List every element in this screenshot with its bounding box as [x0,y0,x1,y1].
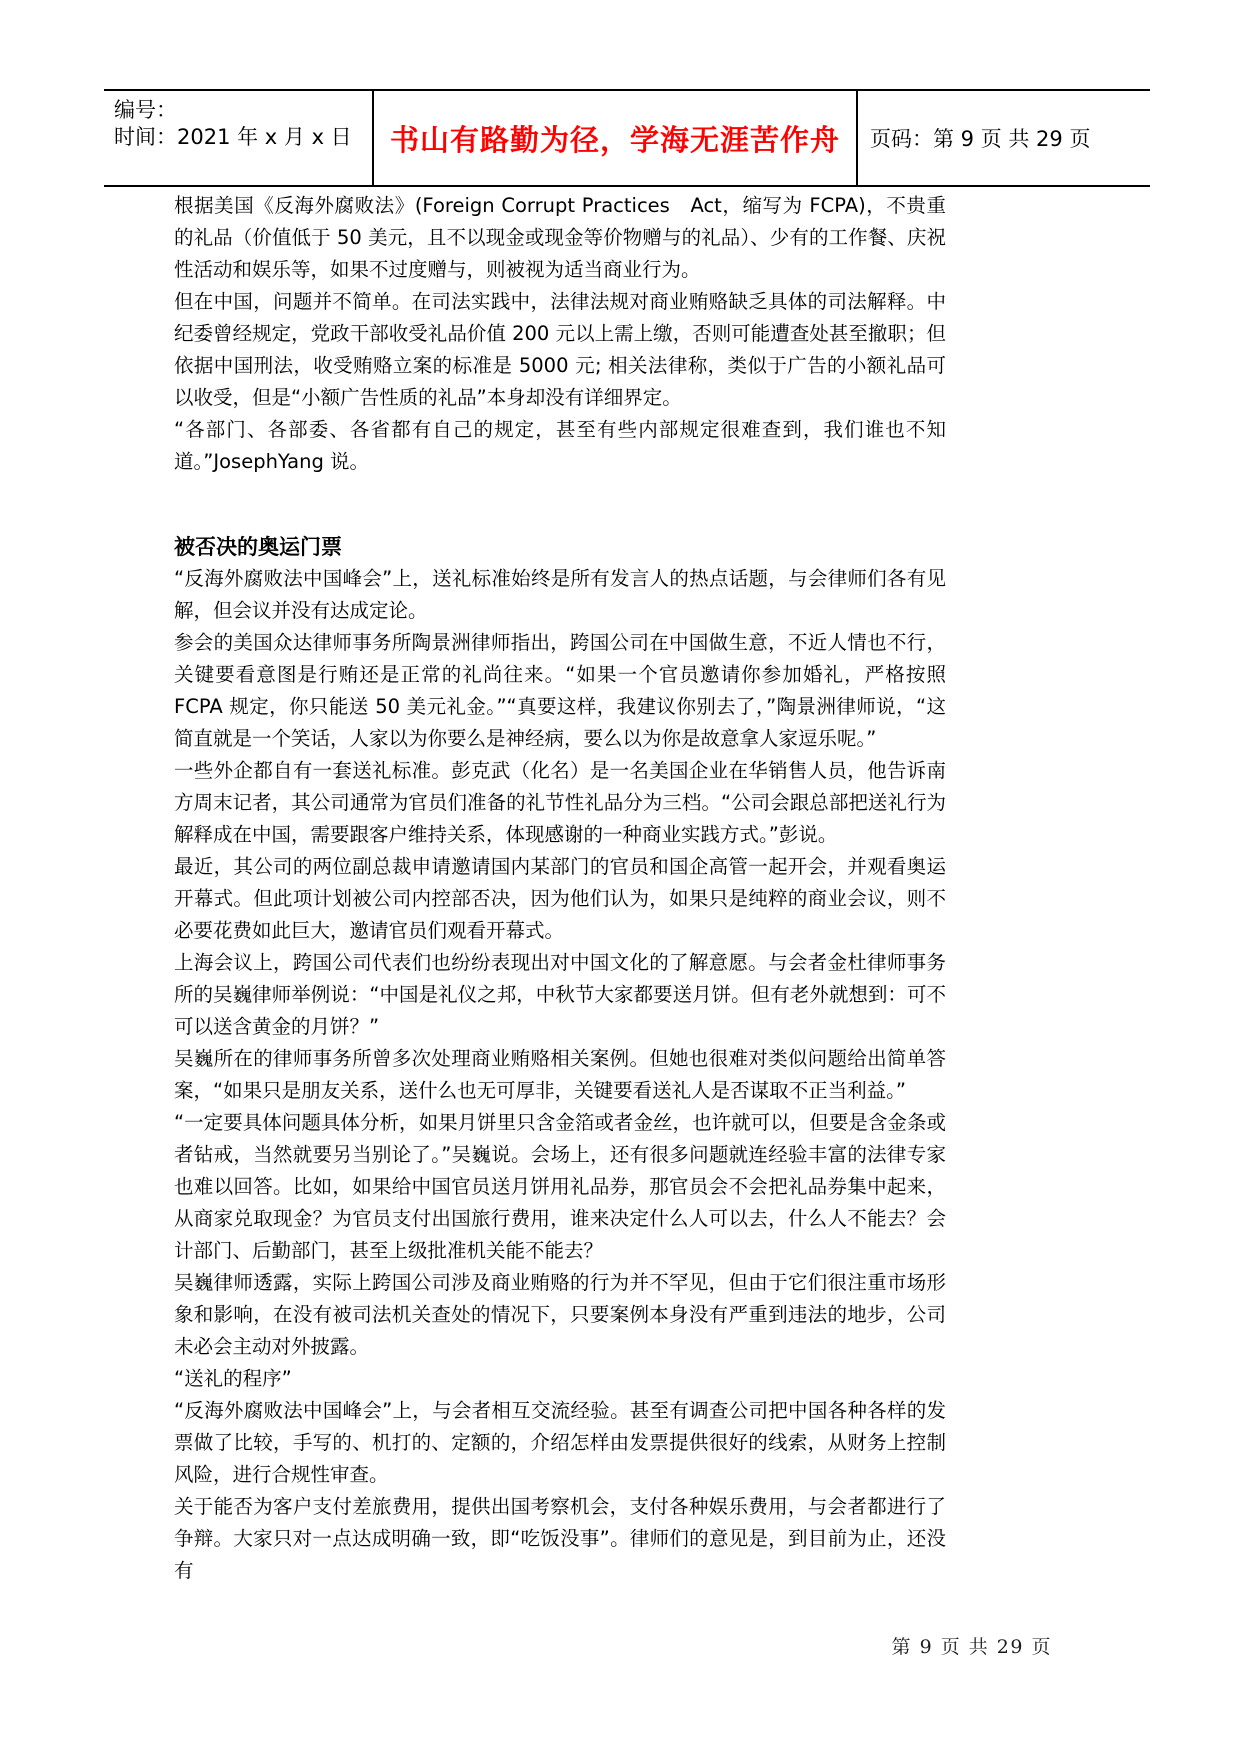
header-cell-motto: 书山有路勤为径，学海无涯苦作舟 [372,91,856,185]
document-body: 根据美国《反海外腐败法》(Foreign Corrupt Practices A… [174,190,946,1587]
header-cell-page-number: 页码：第 9 页 共 29 页 [856,91,1150,185]
section-heading: 被否决的奥运门票 [174,531,946,563]
body-paragraph: 但在中国，问题并不简单。在司法实践中，法律法规对商业贿赂缺乏具体的司法解释。中纪… [174,286,946,414]
page-number-label: 页码：第 9 页 共 29 页 [870,123,1090,153]
body-paragraph: “一定要具体问题具体分析，如果月饼里只含金箔或者金丝，也许就可以，但要是含金条或… [174,1107,946,1267]
body-paragraph: 最近，其公司的两位副总裁申请邀请国内某部门的官员和国企高管一起开会，并观看奥运开… [174,851,946,947]
page-footer: 第 9 页 共 29 页 [174,1632,1052,1659]
doc-number-label: 编号： [114,97,372,124]
header-table: 编号： 时间：2021 年 x 月 x 日 书山有路勤为径，学海无涯苦作舟 页码… [104,89,1150,187]
body-paragraph: “送礼的程序” [174,1363,946,1395]
doc-time-label: 时间：2021 年 x 月 x 日 [114,124,372,151]
motto-text: 书山有路勤为径，学海无涯苦作舟 [390,118,840,159]
body-paragraph: “反海外腐败法中国峰会”上，送礼标准始终是所有发言人的热点话题，与会律师们各有见… [174,563,946,627]
body-paragraph: 吴巍所在的律师事务所曾多次处理商业贿赂相关案例。但她也很难对类似问题给出简单答案… [174,1043,946,1107]
body-paragraph: 上海会议上，跨国公司代表们也纷纷表现出对中国文化的了解意愿。与会者金杜律师事务所… [174,947,946,1043]
body-paragraph: “反海外腐败法中国峰会”上，与会者相互交流经验。甚至有调查公司把中国各种各样的发… [174,1395,946,1491]
document-page: 编号： 时间：2021 年 x 月 x 日 书山有路勤为径，学海无涯苦作舟 页码… [0,0,1241,1754]
body-paragraph: 关于能否为客户支付差旅费用，提供出国考察机会，支付各种娱乐费用，与会者都进行了争… [174,1491,946,1587]
body-paragraph: 一些外企都自有一套送礼标准。彭克武（化名）是一名美国企业在华销售人员，他告诉南方… [174,755,946,851]
body-paragraph: “各部门、各部委、各省都有自己的规定，甚至有些内部规定很难查到，我们谁也不知道。… [174,414,946,478]
header-cell-meta: 编号： 时间：2021 年 x 月 x 日 [104,91,372,185]
body-paragraph: 参会的美国众达律师事务所陶景洲律师指出，跨国公司在中国做生意，不近人情也不行，关… [174,627,946,755]
footer-page-info: 第 9 页 共 29 页 [892,1636,1052,1658]
body-paragraph: 吴巍律师透露，实际上跨国公司涉及商业贿赂的行为并不罕见，但由于它们很注重市场形象… [174,1267,946,1363]
body-paragraph: 根据美国《反海外腐败法》(Foreign Corrupt Practices A… [174,190,946,286]
